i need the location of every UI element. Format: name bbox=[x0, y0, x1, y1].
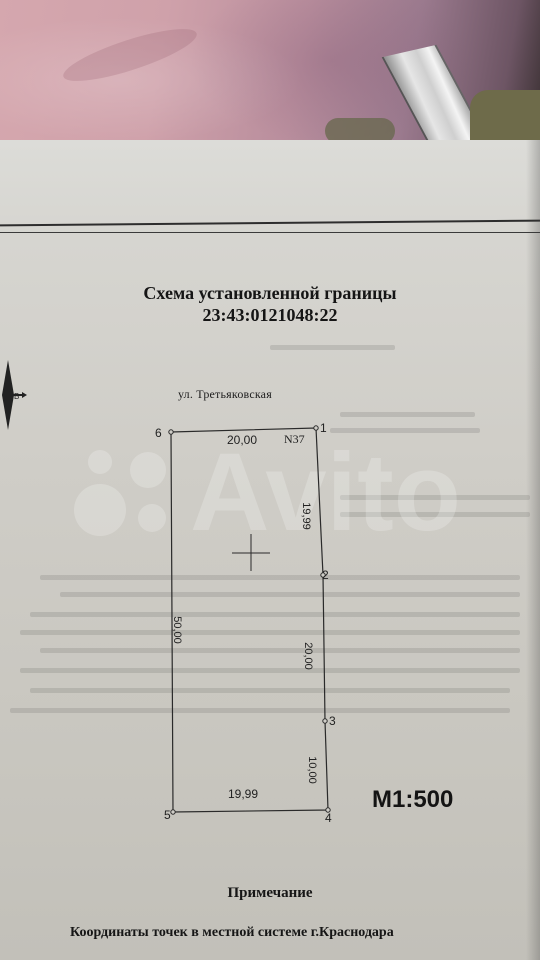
boundary-plan bbox=[0, 0, 540, 960]
segment-length-5-6: 50,00 bbox=[171, 616, 183, 644]
segment-length-3-4: 10,00 bbox=[306, 756, 318, 784]
segment-length-6-1: 20,00 bbox=[227, 433, 257, 447]
segment-length-4-5: 19,99 bbox=[228, 787, 258, 801]
scale-label: M1:500 bbox=[372, 786, 453, 814]
vertex-label-5: 5 bbox=[164, 808, 171, 822]
segment-length-2-3: 20,00 bbox=[302, 642, 314, 670]
plot-number: N37 bbox=[284, 432, 305, 447]
vertex-label-1: 1 bbox=[320, 421, 327, 435]
vertex-label-2: 2 bbox=[322, 568, 329, 582]
vertex-label-6: 6 bbox=[155, 426, 162, 440]
note-text: Координаты точек в местной системе г.Кра… bbox=[70, 925, 394, 941]
vertex-label-4: 4 bbox=[325, 811, 332, 825]
segment-length-1-2: 19,99 bbox=[300, 502, 312, 530]
note-heading: Примечание bbox=[0, 885, 540, 902]
vertex-label-3: 3 bbox=[329, 714, 336, 728]
